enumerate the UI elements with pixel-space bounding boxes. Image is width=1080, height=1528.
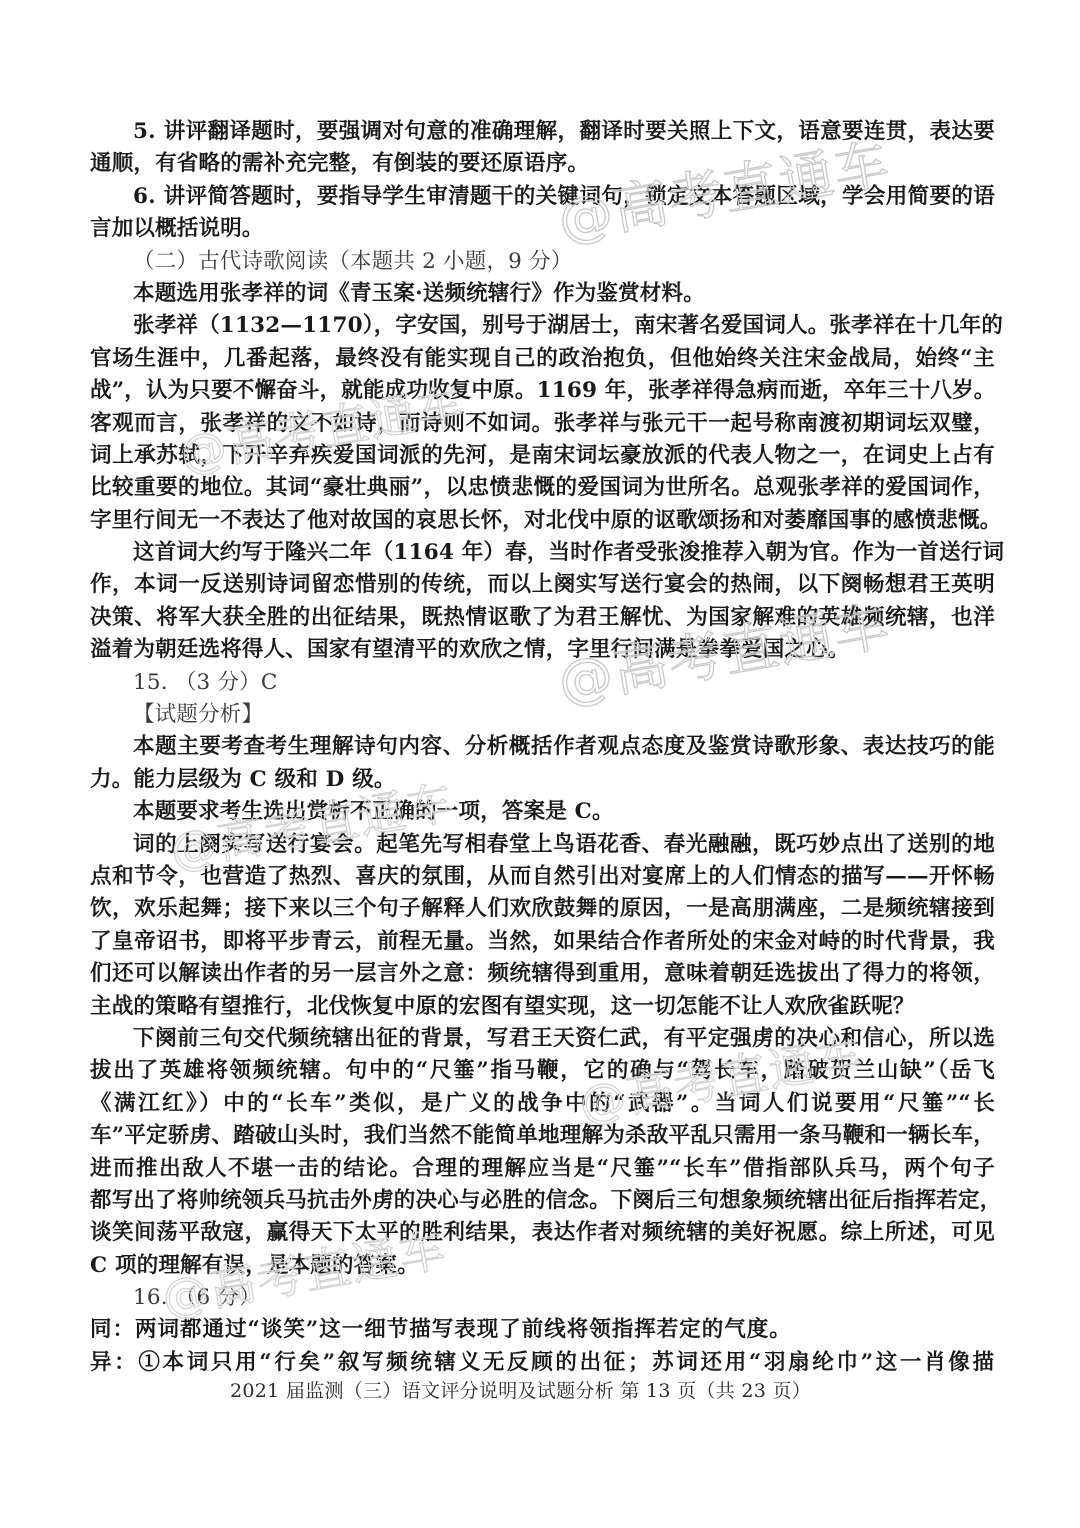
text-line: 词的上阕实写送行宴会。起笔先写相春堂上鸟语花香、春光融融，既巧妙点出了送别的地 xyxy=(90,829,995,861)
text-line: 本题选用张孝祥的词《青玉案·送频统辖行》作为鉴赏材料。 xyxy=(90,278,995,310)
document-body: 5. 讲评翻译题时，要强调对句意的准确理解，翻译时要关照上下文，语意要连贯，表达… xyxy=(90,116,995,1379)
page-footer: 2021 届监测（三）语文评分说明及试题分析 第 13 页（共 23 页） xyxy=(230,1376,811,1403)
text-line: 溢着为朝廷选将得人、国家有望清平的欢欣之情，字里行间满是拳拳爱国之心。 xyxy=(90,634,995,666)
text-line: 了皇帝诏书，即将平步青云，前程无量。当然，如果结合作者所处的宋金对峙的时代背景，… xyxy=(90,926,995,958)
text-line: 谈笑间荡平敌寇，赢得天下太平的胜利结果，表达作者对频统辖的美好祝愿。综上所述，可… xyxy=(90,1217,995,1249)
text-line: 这首词大约写于隆兴二年（1164 年）春，当时作者受张浚推荐入朝为官。作为一首送… xyxy=(90,537,995,569)
text-line: 决策、将军大获全胜的出征结果，既热情讴歌了为君王解忧、为国家解难的英雄频统辖，也… xyxy=(90,602,995,634)
text-line: 《满江红》）中的“长车”类似，是广义的战争中的“武器”。当词人们说要用“尺箠”“… xyxy=(90,1088,995,1120)
text-line: C 项的理解有误，是本题的答案。 xyxy=(90,1250,995,1282)
text-line: 本题要求考生选出赏析不正确的一项，答案是 C。 xyxy=(90,796,995,828)
text-line: 言加以概括说明。 xyxy=(90,213,995,245)
text-line: 16. （6 分） xyxy=(90,1282,995,1314)
text-line: 战”，认为只要不懈奋斗，就能成功收复中原。1169 年，张孝祥得急病而逝，卒年三… xyxy=(90,375,995,407)
text-line: 同：两词都通过“谈笑”这一细节描写表现了前线将领指挥若定的气度。 xyxy=(90,1314,995,1346)
text-line: 6. 讲评简答题时，要指导学生审清题干的关键词句，锁定文本答题区域，学会用简要的… xyxy=(90,181,995,213)
text-line: 比较重要的地位。其词“豪壮典丽”，以忠愤悲慨的爱国词为世所名。总观张孝祥的爱国词… xyxy=(90,472,995,504)
text-line: （二）古代诗歌阅读（本题共 2 小题，9 分） xyxy=(90,246,995,278)
text-line: 张孝祥（1132—1170），字安国，别号于湖居士，南宋著名爱国词人。张孝祥在十… xyxy=(90,310,995,342)
text-line: 客观而言，张孝祥的文不如诗，而诗则不如词。张孝祥与张元干一起号称南渡初期词坛双璧… xyxy=(90,408,995,440)
text-line: 本题主要考查考生理解诗句内容、分析概括作者观点态度及鉴赏诗歌形象、表达技巧的能 xyxy=(90,731,995,763)
text-line: 15. （3 分）C xyxy=(90,667,995,699)
text-line: 主战的策略有望推行，北伐恢复中原的宏图有望实现，这一切怎能不让人欢欣雀跃呢？ xyxy=(90,991,995,1023)
text-line: 都写出了将帅统领兵马抗击外虏的决心与必胜的信念。下阕后三句想象频统辖出征后指挥若… xyxy=(90,1185,995,1217)
text-line: 饮，欢乐起舞；接下来以三个句子解释人们欢欣鼓舞的原因，一是高朋满座，二是频统辖接… xyxy=(90,893,995,925)
text-line: 通顺，有省略的需补充完整，有倒装的要还原语序。 xyxy=(90,148,995,180)
text-line: 字里行间无一不表达了他对故国的哀思长怀，对北伐中原的讴歌颂扬和对萎靡国事的感愤悲… xyxy=(90,505,995,537)
text-line: 异：①本词只用“行矣”叙写频统辖义无反顾的出征；苏词还用“羽扇纶巾”这一肖像描 xyxy=(90,1347,995,1379)
text-line: 们还可以解读出作者的另一层言外之意：频统辖得到重用，意味着朝廷选拔出了得力的将领… xyxy=(90,958,995,990)
text-line: 下阕前三句交代频统辖出征的背景，写君王天资仁武，有平定强虏的决心和信心，所以选 xyxy=(90,1023,995,1055)
text-line: 5. 讲评翻译题时，要强调对句意的准确理解，翻译时要关照上下文，语意要连贯，表达… xyxy=(90,116,995,148)
text-line: 点和节令，也营造了热烈、喜庆的氛围，从而自然引出对宴席上的人们情态的描写——开怀… xyxy=(90,861,995,893)
text-line: 官场生涯中，几番起落，最终没有能实现自己的政治抱负，但他始终关注宋金战局，始终“… xyxy=(90,343,995,375)
text-line: 车”平定骄虏、踏破山头时，我们当然不能简单地理解为杀敌平乱只需用一条马鞭和一辆长… xyxy=(90,1120,995,1152)
text-line: 词上承苏轼，下开辛弃疾爱国词派的先河，是南宋词坛豪放派的代表人物之一，在词史上占… xyxy=(90,440,995,472)
text-line: 力。能力层级为 C 级和 D 级。 xyxy=(90,764,995,796)
text-line: 【试题分析】 xyxy=(90,699,995,731)
text-line: 拔出了英雄将领频统辖。句中的“尺箠”指马鞭，它的确与“驾长车，踏破贺兰山缺”（岳… xyxy=(90,1055,995,1087)
text-line: 进而推出敌人不堪一击的结论。合理的理解应当是“尺箠”“长车”借指部队兵马，两个句… xyxy=(90,1153,995,1185)
text-line: 作，本词一反送别诗词留恋惜别的传统，而以上阕实写送行宴会的热闹，以下阕畅想君王英… xyxy=(90,569,995,601)
